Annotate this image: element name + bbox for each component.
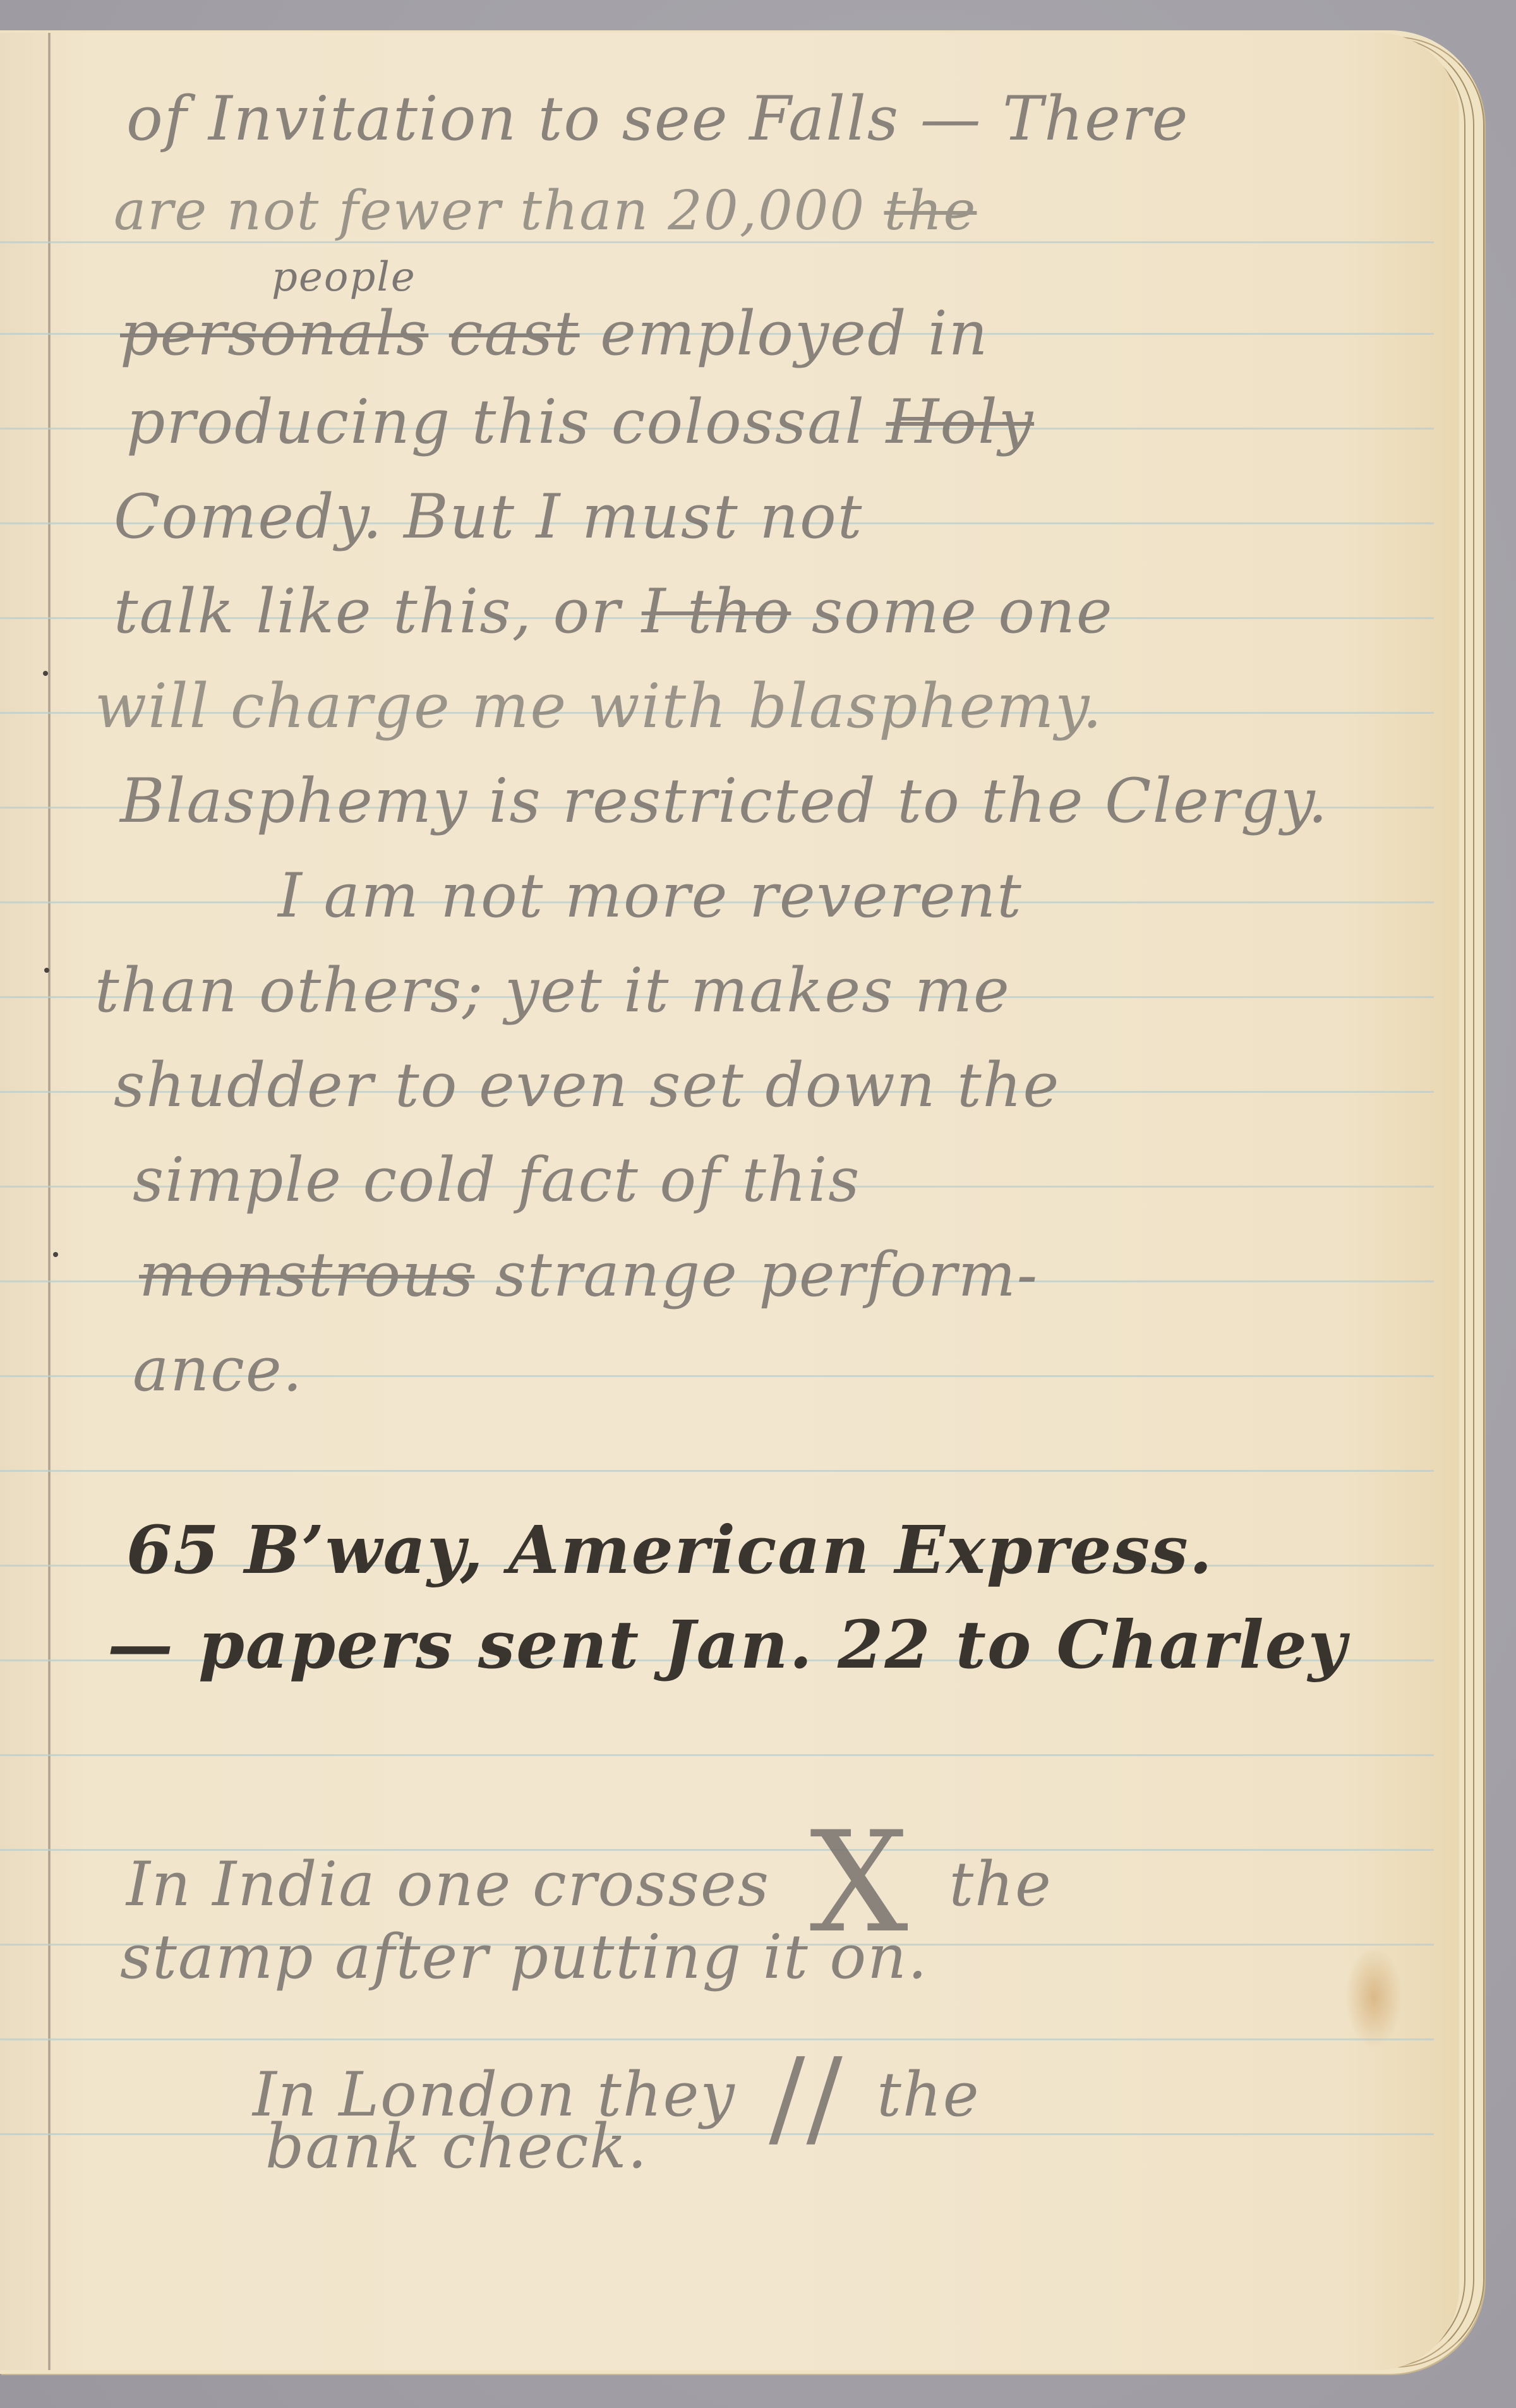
manuscript-line: ance. — [133, 1334, 303, 1405]
ruled-line — [0, 1754, 1434, 1756]
line-text: than others; yet it makes me — [95, 955, 1011, 1026]
line-text: of Invitation to see Falls — There — [126, 83, 1189, 154]
manuscript-line: monstrous strange perform- — [139, 1239, 1038, 1310]
manuscript-line-ink: 65 B’way, American Express. — [126, 1511, 1213, 1589]
parallel-lines-symbol: // — [769, 2035, 844, 2160]
manuscript-line-ink: — papers sent Jan. 22 to Charley — [107, 1606, 1347, 1683]
line-text: — papers sent Jan. 22 to Charley — [107, 1606, 1347, 1683]
page-fold-gutter — [48, 33, 51, 2370]
line-text: In India one crosses — [126, 1849, 770, 1920]
manuscript-line: than others; yet it makes me — [95, 955, 1011, 1026]
manuscript-line: shudder to even set down the — [114, 1050, 1060, 1121]
struck-text: I tho — [642, 576, 791, 647]
struck-text: cast — [449, 298, 580, 369]
notebook-page: of Invitation to see Falls — There are n… — [0, 33, 1459, 2370]
ruled-line — [0, 1470, 1434, 1472]
manuscript-line: simple cold fact of this — [133, 1145, 861, 1215]
line-text: shudder to even set down the — [114, 1050, 1060, 1121]
manuscript-line: talk like this, or I tho some one — [114, 576, 1114, 647]
inserted-word: people — [272, 254, 416, 301]
struck-text: the — [884, 179, 977, 243]
struck-text: Holy — [886, 387, 1034, 457]
line-text: the — [929, 1849, 1052, 1920]
line-text: ance. — [133, 1334, 303, 1405]
line-text: 65 B’way, American Express. — [126, 1511, 1213, 1589]
interlinear-insertion: people — [272, 254, 416, 301]
manuscript-line: In India one crosses X the — [126, 1776, 1052, 1938]
struck-text: personals — [120, 298, 428, 369]
line-text: employed in — [580, 298, 989, 369]
line-text: talk like this, or — [114, 576, 642, 647]
manuscript-line: I am not more reverent — [278, 860, 1023, 931]
line-text: strange perform- — [474, 1239, 1038, 1310]
line-text: producing this colossal — [126, 387, 886, 457]
line-text: simple cold fact of this — [133, 1145, 861, 1215]
line-text: Comedy. But I must not — [114, 481, 863, 552]
margin-mark — [43, 671, 48, 676]
line-text: some one — [791, 576, 1113, 647]
line-text: Blasphemy is restricted to the Clergy. — [120, 766, 1328, 836]
paper-stain — [1345, 1947, 1402, 2048]
line-text: bank check. — [265, 2111, 648, 2182]
margin-mark — [44, 968, 49, 973]
line-text: are not fewer than 20,000 — [114, 179, 884, 243]
line-text: I am not more reverent — [278, 860, 1023, 931]
line-text: will charge me with blasphemy. — [95, 671, 1103, 742]
struck-text: monstrous — [139, 1239, 474, 1310]
margin-mark — [53, 1252, 58, 1257]
line-text: the — [857, 2059, 980, 2130]
manuscript-line: will charge me with blasphemy. — [95, 671, 1103, 742]
manuscript-line: of Invitation to see Falls — There — [126, 83, 1189, 154]
manuscript-line: personals cast employed in — [120, 298, 989, 369]
line-text: stamp after putting it on. — [120, 1922, 929, 1992]
manuscript-line: bank check. — [265, 2111, 648, 2182]
manuscript-line: Blasphemy is restricted to the Clergy. — [120, 766, 1328, 836]
manuscript-line: Comedy. But I must not — [114, 481, 863, 552]
manuscript-line: are not fewer than 20,000 the — [114, 179, 977, 243]
manuscript-line: producing this colossal Holy — [126, 387, 1034, 457]
manuscript-line: stamp after putting it on. — [120, 1922, 929, 1992]
